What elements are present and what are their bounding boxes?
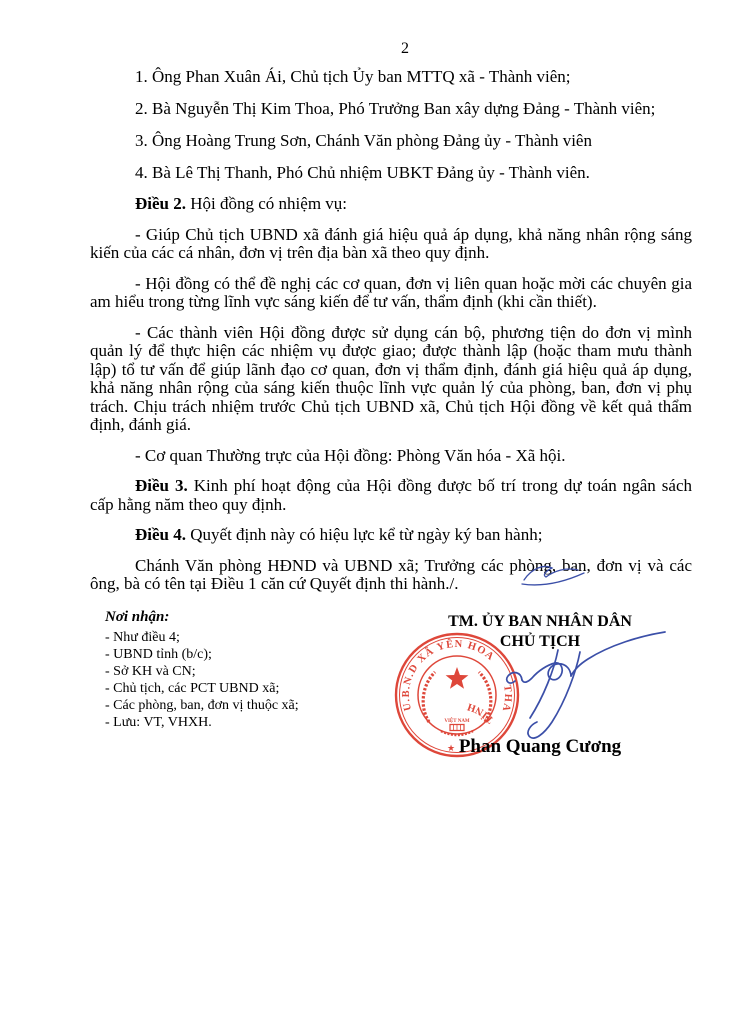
recipient-item-1: - Như điều 4; [105,629,375,646]
article-2-label: Điều 2. [135,194,186,213]
recipients-heading: Nơi nhận: [105,609,375,626]
recipient-item-6: - Lưu: VT, VHXH. [105,714,375,731]
document-page: 2 1. Ông Phan Xuân Ái, Chủ tịch Ủy ban M… [0,0,756,1024]
text: - Hội đồng có thể đề nghị các cơ quan, đ… [90,274,692,312]
duty-paragraph-2: - Hội đồng có thể đề nghị các cơ quan, đ… [90,275,692,312]
recipient-item-4: - Chủ tịch, các PCT UBND xã; [105,680,375,697]
article-2-text: Hội đồng có nhiệm vụ: [186,194,347,213]
member-item-3: 3. Ông Hoàng Trung Sơn, Chánh Văn phòng … [90,131,692,150]
text: - Các thành viên Hội đồng được sử dụng c… [90,323,692,435]
text: Chánh Văn phòng HĐND và UBND xã; Trưởng … [90,556,692,594]
implementation-paragraph: Chánh Văn phòng HĐND và UBND xã; Trưởng … [90,557,692,594]
page-number: 2 [90,40,692,57]
signer-title: CHỦ TỊCH [397,632,683,652]
recipient-item-5: - Các phòng, ban, đơn vị thuộc xã; [105,697,375,714]
member-item-2: 2. Bà Nguyễn Thị Kim Thoa, Phó Trưởng Ba… [90,99,692,118]
signature-block: TM. ỦY BAN NHÂN DÂN CHỦ TỊCH Phan Quang … [397,612,683,758]
article-3-paragraph: Điều 3. Kinh phí hoạt động của Hội đồng … [90,477,692,514]
article-4-paragraph: Điều 4. Quyết định này có hiệu lực kể từ… [90,526,692,545]
article-4-label: Điều 4. [135,525,186,544]
signer-name: Phan Quang Cương [397,736,683,758]
article-3-label: Điều 3. [135,476,188,495]
recipient-item-3: - Sở KH và CN; [105,663,375,680]
duty-paragraph-1: - Giúp Chủ tịch UBND xã đánh giá hiệu qu… [90,226,692,263]
article-2-heading-paragraph: Điều 2. Hội đồng có nhiệm vụ: [90,195,692,214]
member-item-1: 1. Ông Phan Xuân Ái, Chủ tịch Ủy ban MTT… [90,67,692,86]
duty-paragraph-4: - Cơ quan Thường trực của Hội đồng: Phòn… [90,447,692,466]
member-item-4: 4. Bà Lê Thị Thanh, Phó Chủ nhiệm UBKT Đ… [90,163,692,182]
article-4-text: Quyết định này có hiệu lực kể từ ngày ký… [186,525,542,544]
text: - Giúp Chủ tịch UBND xã đánh giá hiệu qu… [90,225,692,263]
recipient-item-2: - UBND tỉnh (b/c); [105,646,375,663]
initials-paraph-icon [518,558,590,588]
duty-paragraph-3: - Các thành viên Hội đồng được sử dụng c… [90,324,692,435]
recipients-block: Nơi nhận: - Như điều 4; - UBND tỉnh (b/c… [105,609,375,731]
document-body: 2 1. Ông Phan Xuân Ái, Chủ tịch Ủy ban M… [90,40,692,606]
signing-authority: TM. ỦY BAN NHÂN DÂN [397,612,683,632]
text: - Cơ quan Thường trực của Hội đồng: Phòn… [135,446,566,465]
